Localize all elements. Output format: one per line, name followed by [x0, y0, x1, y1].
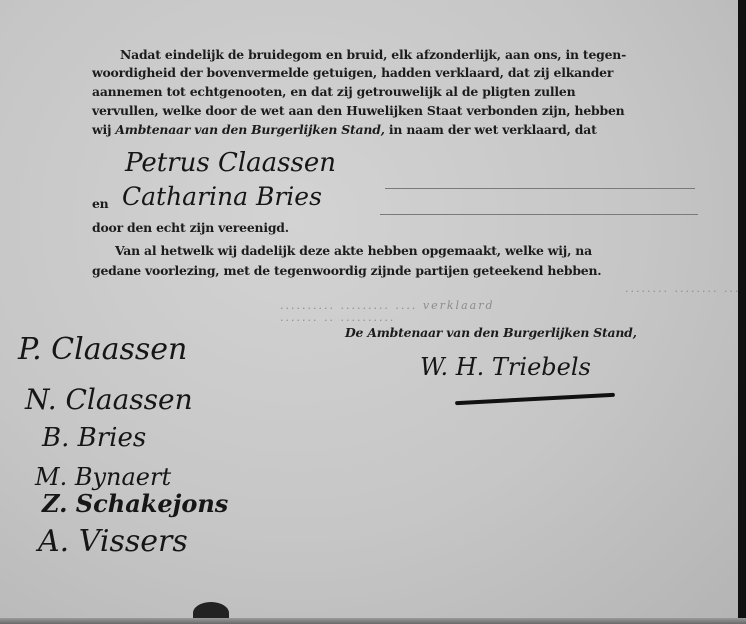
- paragraph-line-5: wij Ambtenaar van den Burgerlijken Stand…: [92, 124, 597, 136]
- faint-note-line-3: ....... .. ..........: [280, 312, 395, 323]
- paragraph-line-2: woordigheid der bovenvermelde getuigen, …: [92, 67, 613, 79]
- conjunction-en: en: [92, 198, 109, 210]
- witness-signature-5: Z. Schakejons: [42, 492, 228, 516]
- faint-note-line-1: ........ ........ ........ ........: [625, 283, 738, 294]
- witness-signature-1: P. Claassen: [18, 335, 187, 365]
- signature-flourish: [455, 393, 615, 405]
- groom-name: Petrus Claassen: [125, 150, 336, 176]
- paragraph2-line-2: gedane voorlezing, met de tegenwoordig z…: [92, 265, 601, 277]
- line5-prefix: wij: [92, 122, 111, 137]
- witness-signature-4: M. Bynaert: [35, 465, 171, 489]
- paragraph-line-3: aannemen tot echtgenooten, en dat zij ge…: [92, 86, 575, 98]
- line5-title: Ambtenaar van den Burgerlijken Stand,: [115, 122, 384, 137]
- united-line: door den echt zijn vereenigd.: [92, 222, 289, 234]
- witness-signature-2: N. Claassen: [25, 386, 193, 414]
- witness-signature-6: A. Vissers: [38, 527, 188, 557]
- scan-edge: [738, 0, 746, 624]
- official-signature: W. H. Triebels: [420, 355, 591, 379]
- groom-name-rule: [385, 188, 695, 189]
- paragraph2-line-1: Van al hetwelk wij dadelijk deze akte he…: [115, 245, 592, 257]
- bride-name-rule: [380, 214, 698, 215]
- witness-signature-3: B. Bries: [42, 425, 146, 451]
- line5-suffix: in naam der wet verklaard, dat: [389, 122, 597, 137]
- document-page: Nadat eindelijk de bruidegom en bruid, e…: [0, 0, 738, 624]
- paragraph-line-1: Nadat eindelijk de bruidegom en bruid, e…: [120, 49, 626, 61]
- official-title: De Ambtenaar van den Burgerlijken Stand,: [345, 327, 637, 339]
- scan-bottom-edge: [0, 618, 746, 624]
- faint-note-line-2: .......... ......... .... verklaard: [280, 300, 495, 311]
- paragraph-line-4: vervullen, welke door de wet aan den Huw…: [92, 105, 624, 117]
- bride-name: Catharina Bries: [122, 184, 322, 209]
